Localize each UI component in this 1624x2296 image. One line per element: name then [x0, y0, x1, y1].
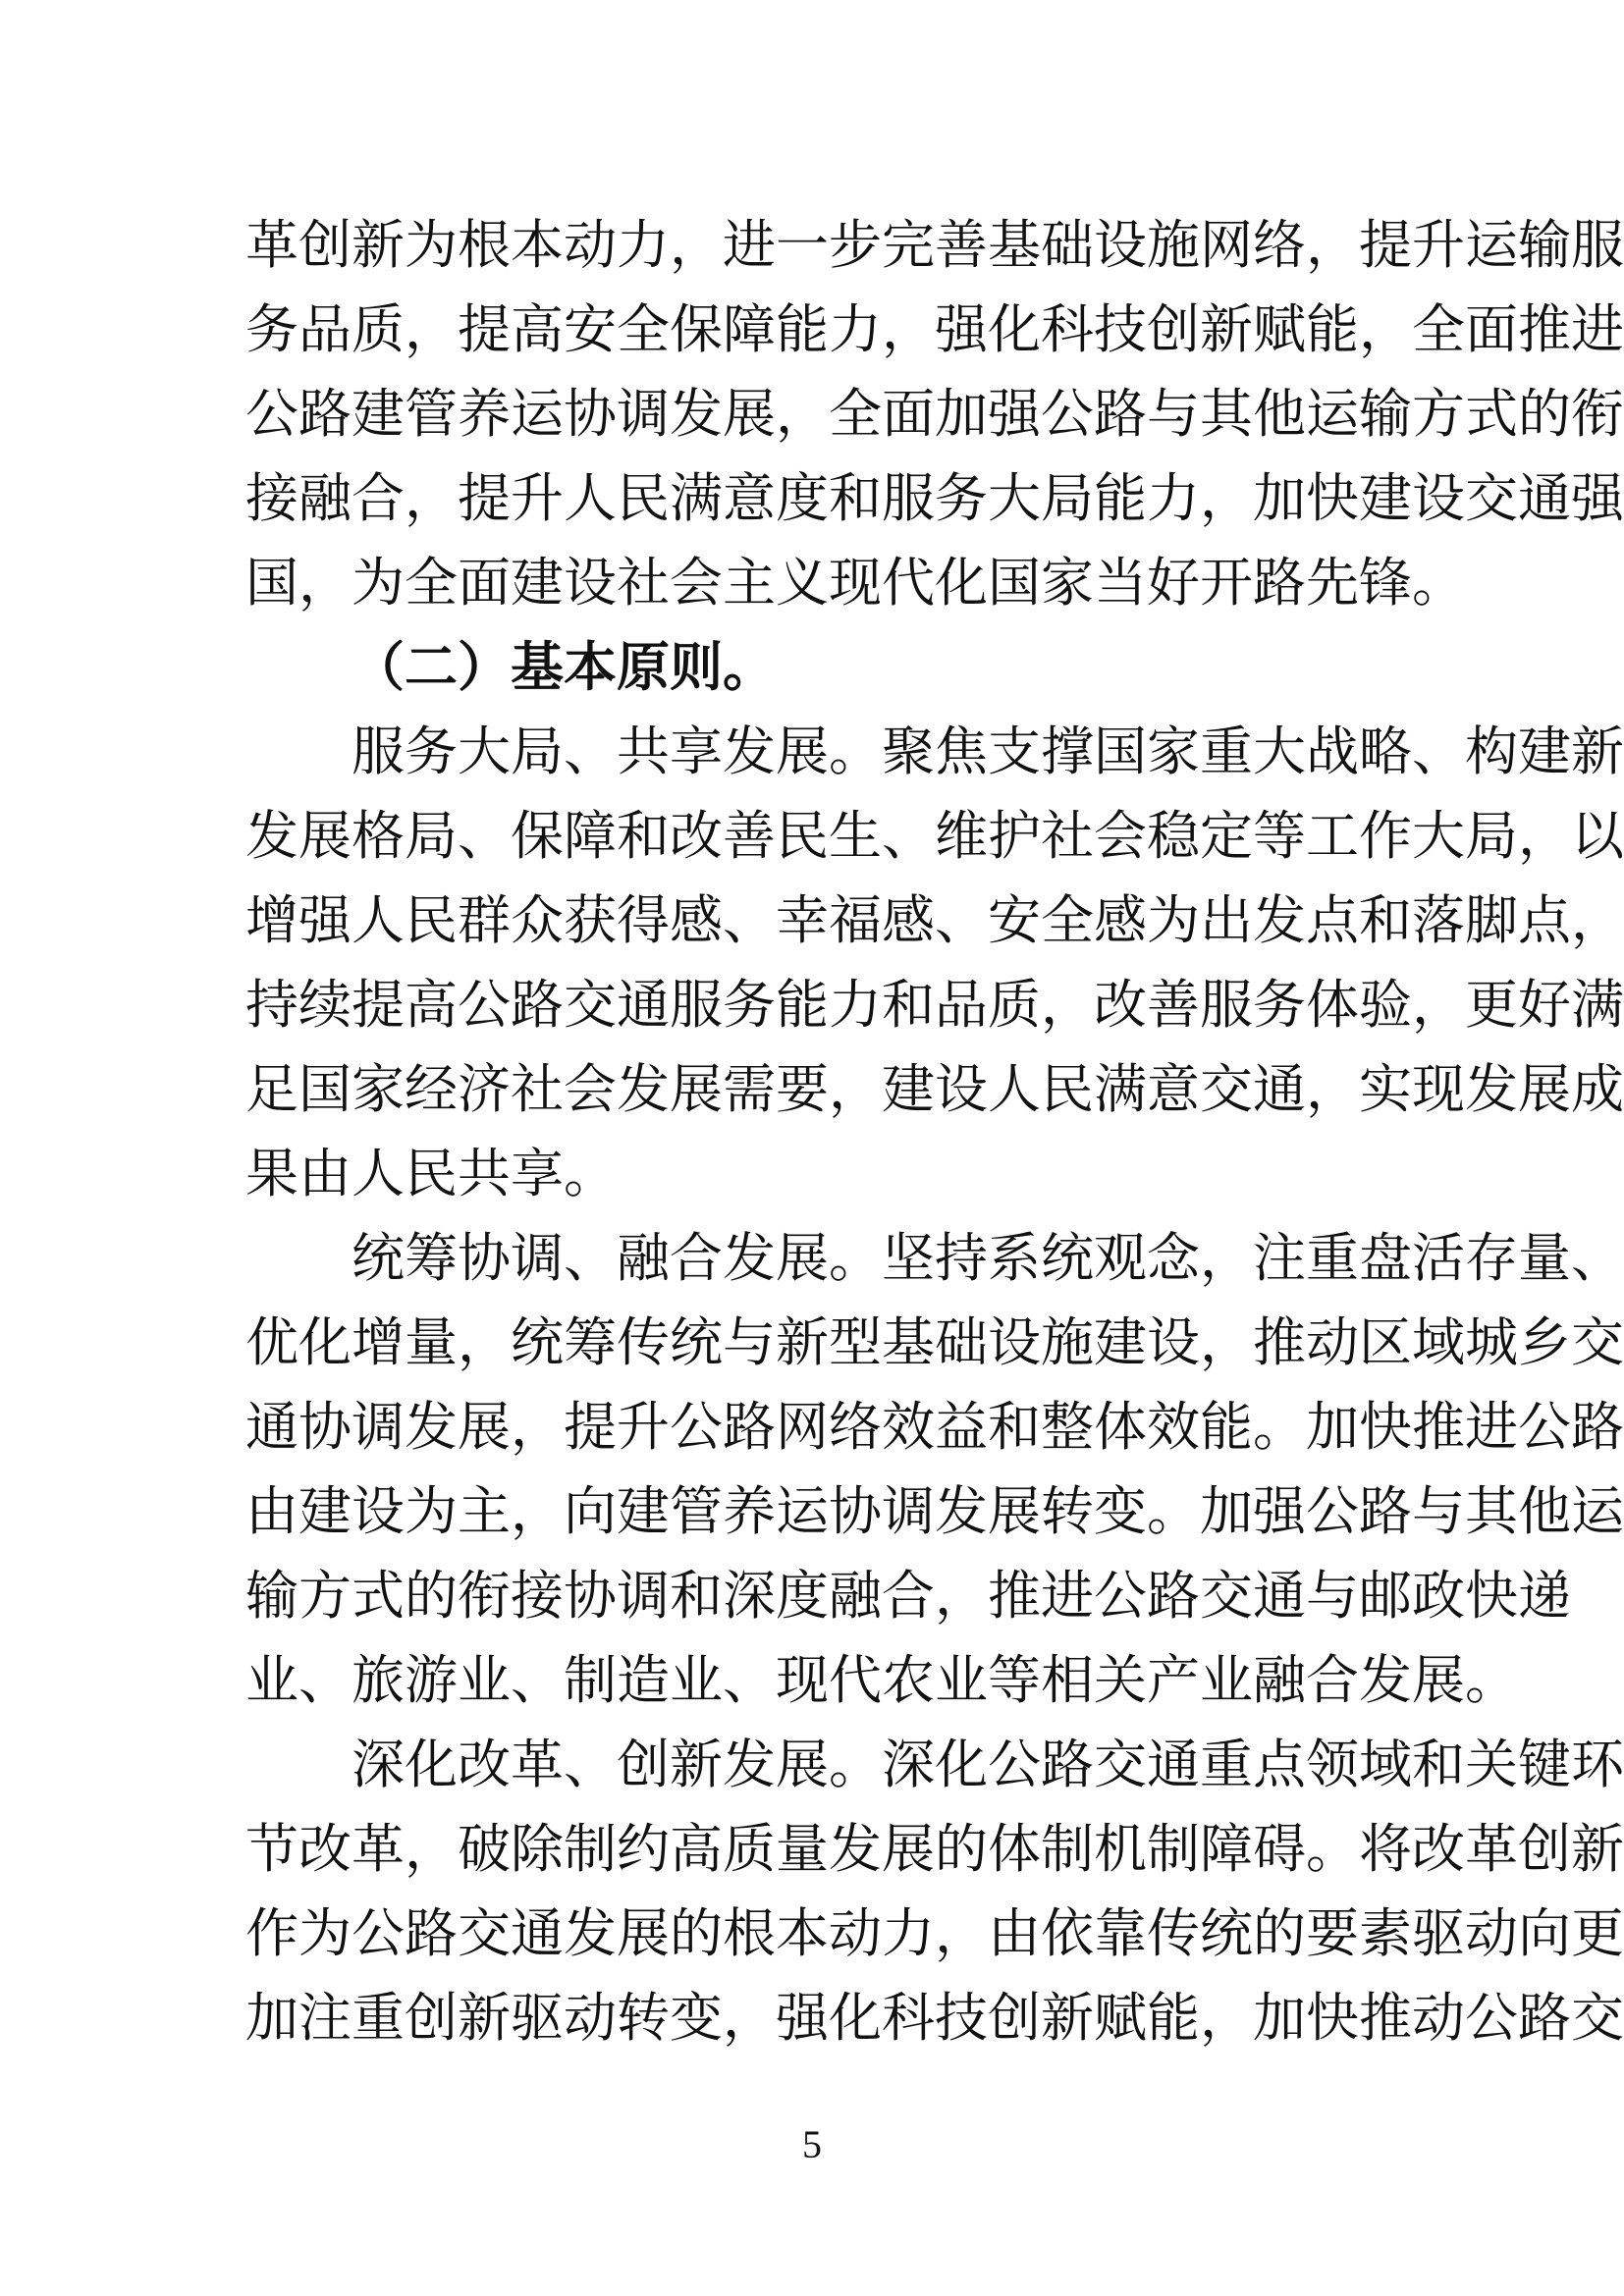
text-line: 务品质，提高安全保障能力，强化科技创新赋能，全面推进 [245, 291, 1389, 369]
text-line: 深化改革、创新发展。深化公路交通重点领域和关键环 [352, 1726, 1389, 1804]
text-line: 业、旅游业、制造业、现代农业等相关产业融合发展。 [245, 1641, 1389, 1720]
text-line: 公路建管养运协调发展，全面加强公路与其他运输方式的衔 [245, 375, 1389, 454]
page-number: 5 [0, 2120, 1624, 2169]
text-line: 国，为全面建设社会主义现代化国家当好开路先锋。 [245, 544, 1389, 622]
text-line: 节改革，破除制约高质量发展的体制机制障碍。将改革创新 [245, 1810, 1389, 1889]
text-line: 革创新为根本动力，进一步完善基础设施网络，提升运输服 [245, 206, 1389, 285]
text-line: 由建设为主，向建管养运协调发展转变。加强公路与其他运 [245, 1472, 1389, 1551]
text-line: 接融合，提升人民满意度和服务大局能力，加快建设交通强 [245, 459, 1389, 538]
text-line: 发展格局、保障和改善民生、维护社会稳定等工作大局，以 [245, 797, 1389, 876]
text-line: 增强人民群众获得感、幸福感、安全感为出发点和落脚点， [245, 881, 1389, 960]
text-line: 加注重创新驱动转变，强化科技创新赋能，加快推动公路交 [245, 1979, 1389, 2057]
text-line: 持续提高公路交通服务能力和品质，改善服务体验，更好满 [245, 966, 1389, 1044]
text-line: 通协调发展，提升公路网络效益和整体效能。加快推进公路 [245, 1388, 1389, 1467]
text-line: 服务大局、共享发展。聚焦支撑国家重大战略、构建新 [352, 713, 1389, 791]
text-line: 优化增量，统筹传统与新型基础设施建设，推动区域城乡交 [245, 1304, 1389, 1382]
text-line: 输方式的衔接协调和深度融合，推进公路交通与邮政快递 [245, 1557, 1389, 1635]
text-line: 果由人民共享。 [245, 1135, 1389, 1213]
document-page: 革创新为根本动力，进一步完善基础设施网络，提升运输服 务品质，提高安全保障能力，… [0, 0, 1624, 2296]
text-line: 统筹协调、融合发展。坚持系统观念，注重盘活存量、 [352, 1219, 1389, 1298]
text-line: 足国家经济社会发展需要，建设人民满意交通，实现发展成 [245, 1050, 1389, 1129]
text-line: 作为公路交通发展的根本动力，由依靠传统的要素驱动向更 [245, 1895, 1389, 1973]
section-heading: （二）基本原则。 [352, 628, 1389, 707]
